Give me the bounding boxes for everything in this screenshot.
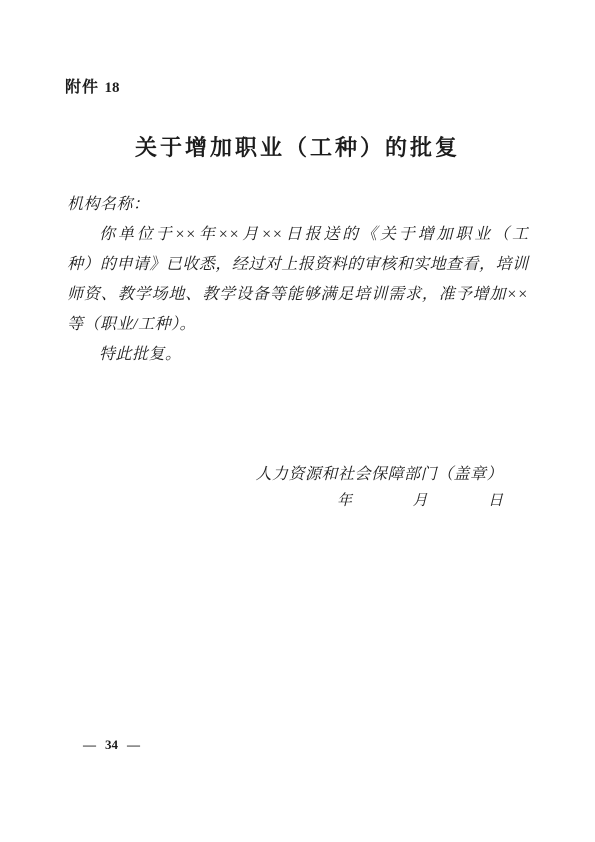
page-number-dash-left: — xyxy=(83,737,96,753)
attachment-label-text: 附件 xyxy=(65,79,99,96)
attachment-number: 18 xyxy=(104,80,119,96)
signature-date-line: 年 月 日 xyxy=(337,489,503,510)
body-line-1: 你单位于××年××月××日报送的《关于增加职业（工 xyxy=(67,220,528,250)
document-title: 关于增加职业（工种）的批复 xyxy=(0,131,595,162)
page-number: 34 xyxy=(105,737,118,753)
signature-department: 人力资源和社会保障部门（盖章） xyxy=(0,461,503,484)
body-line-4: 等（职业/工种）。 xyxy=(67,310,528,340)
document-body: 机构名称： 你单位于××年××月××日报送的《关于增加职业（工 种）的申请》已收… xyxy=(67,190,528,370)
salutation-line: 机构名称： xyxy=(67,190,528,220)
date-month-label: 月 xyxy=(412,489,427,510)
closing-line: 特此批复。 xyxy=(67,340,528,370)
document-page: 附件 18 关于增加职业（工种）的批复 机构名称： 你单位于××年××月××日报… xyxy=(0,0,595,842)
date-day-label: 日 xyxy=(488,489,503,510)
date-year-label: 年 xyxy=(337,489,352,510)
page-number-dash-right: — xyxy=(127,737,140,753)
body-line-2: 种）的申请》已收悉，经过对上报资料的审核和实地查看，培训 xyxy=(67,250,528,280)
page-number-footer: — 34 — xyxy=(83,737,140,753)
body-line-3: 师资、教学场地、教学设备等能够满足培训需求，准予增加×× xyxy=(67,280,528,310)
attachment-label: 附件 18 xyxy=(65,74,119,97)
